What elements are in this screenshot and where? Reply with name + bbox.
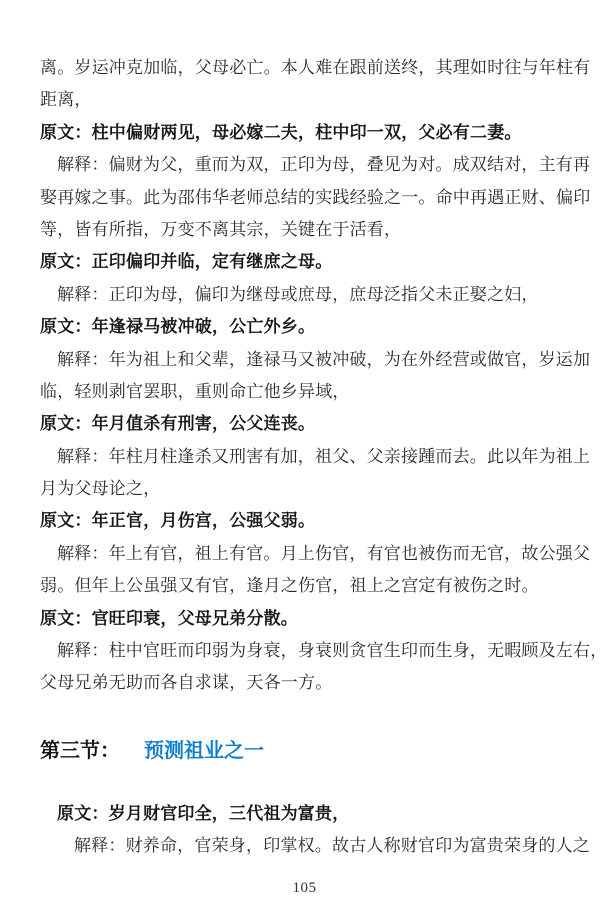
explanation-text-line: 解释：正印为母，偏印为继母或庶母，庶母泛指父未正娶之妇， bbox=[40, 279, 572, 311]
page-number: 105 bbox=[0, 880, 609, 897]
explanation-text-line: 等，皆有所指，万变不离其宗，关键在于活看， bbox=[40, 214, 572, 246]
explanation-text-line: 解释：年上有官，祖上有官。月上伤官，有官也被伤而无官，故公强父 bbox=[40, 538, 572, 570]
body-text-block: 离。岁运冲克加临，父母必亡。本人难在跟前送终，其理如时往与年柱有距离，原文：柱中… bbox=[40, 52, 572, 700]
section-title: 预测祖业之一 bbox=[144, 740, 264, 762]
explanation-text-line: 弱。但年上公虽强又有官，逢月之伤官，祖上之宫定有被伤之时。 bbox=[40, 570, 572, 602]
section-heading: 第三节：预测祖业之一 bbox=[40, 737, 264, 765]
explanation-text-line: 临，轻则剥官罢职，重则命亡他乡异域， bbox=[40, 376, 572, 408]
original-text-line: 原文：官旺印衰，父母兄弟分散。 bbox=[40, 603, 572, 635]
closing-text-block: 原文：岁月财官印全，三代祖为富贵，解释：财养命，官荣身，印掌权。故古人称财官印为… bbox=[40, 798, 572, 863]
original-text-line: 原文：柱中偏财两见，母必嫁二夫，柱中印一双，父必有二妻。 bbox=[40, 117, 572, 149]
original-text-line: 原文：年月值杀有刑害，公父连丧。 bbox=[40, 408, 572, 440]
original-text-line: 原文：年逢禄马被冲破，公亡外乡。 bbox=[40, 311, 572, 343]
explanation-text-line: 父母兄弟无助而各自求谋，天各一方。 bbox=[40, 667, 572, 699]
explanation-text-line: 距离， bbox=[40, 84, 572, 116]
explanation-text-line: 解释：柱中官旺而印弱为身衰，身衰则贪官生印而生身，无暇顾及左右， bbox=[40, 635, 572, 667]
original-text-line: 原文：年正官，月伤宫，公强父弱。 bbox=[40, 505, 572, 537]
original-text-line: 原文：正印偏印并临，定有继庶之母。 bbox=[40, 246, 572, 278]
explanation-text-line: 解释：年为祖上和父辈，逢禄马又被冲破，为在外经营或做官，岁运加 bbox=[40, 344, 572, 376]
document-page: 离。岁运冲克加临，父母必亡。本人难在跟前送终，其理如时往与年柱有距离，原文：柱中… bbox=[0, 0, 609, 918]
explanation-text-line: 离。岁运冲克加临，父母必亡。本人难在跟前送终，其理如时往与年柱有 bbox=[40, 52, 572, 84]
original-text-line: 原文：岁月财官印全，三代祖为富贵， bbox=[40, 798, 572, 830]
explanation-text-line: 月为父母论之， bbox=[40, 473, 572, 505]
explanation-text-line: 解释：年柱月柱逢杀又刑害有加，祖父、父亲接踵而去。此以年为祖上 bbox=[40, 441, 572, 473]
explanation-text-line: 解释：财养命，官荣身，印掌权。故古人称财官印为富贵荣身的人之 bbox=[40, 830, 572, 862]
explanation-text-line: 解释：偏财为父，重而为双，正印为母，叠见为对。成双结对，主有再 bbox=[40, 149, 572, 181]
explanation-text-line: 娶再嫁之事。此为邵伟华老师总结的实践经验之一。命中再遇正财、偏印 bbox=[40, 182, 572, 214]
section-number-label: 第三节： bbox=[40, 740, 120, 762]
